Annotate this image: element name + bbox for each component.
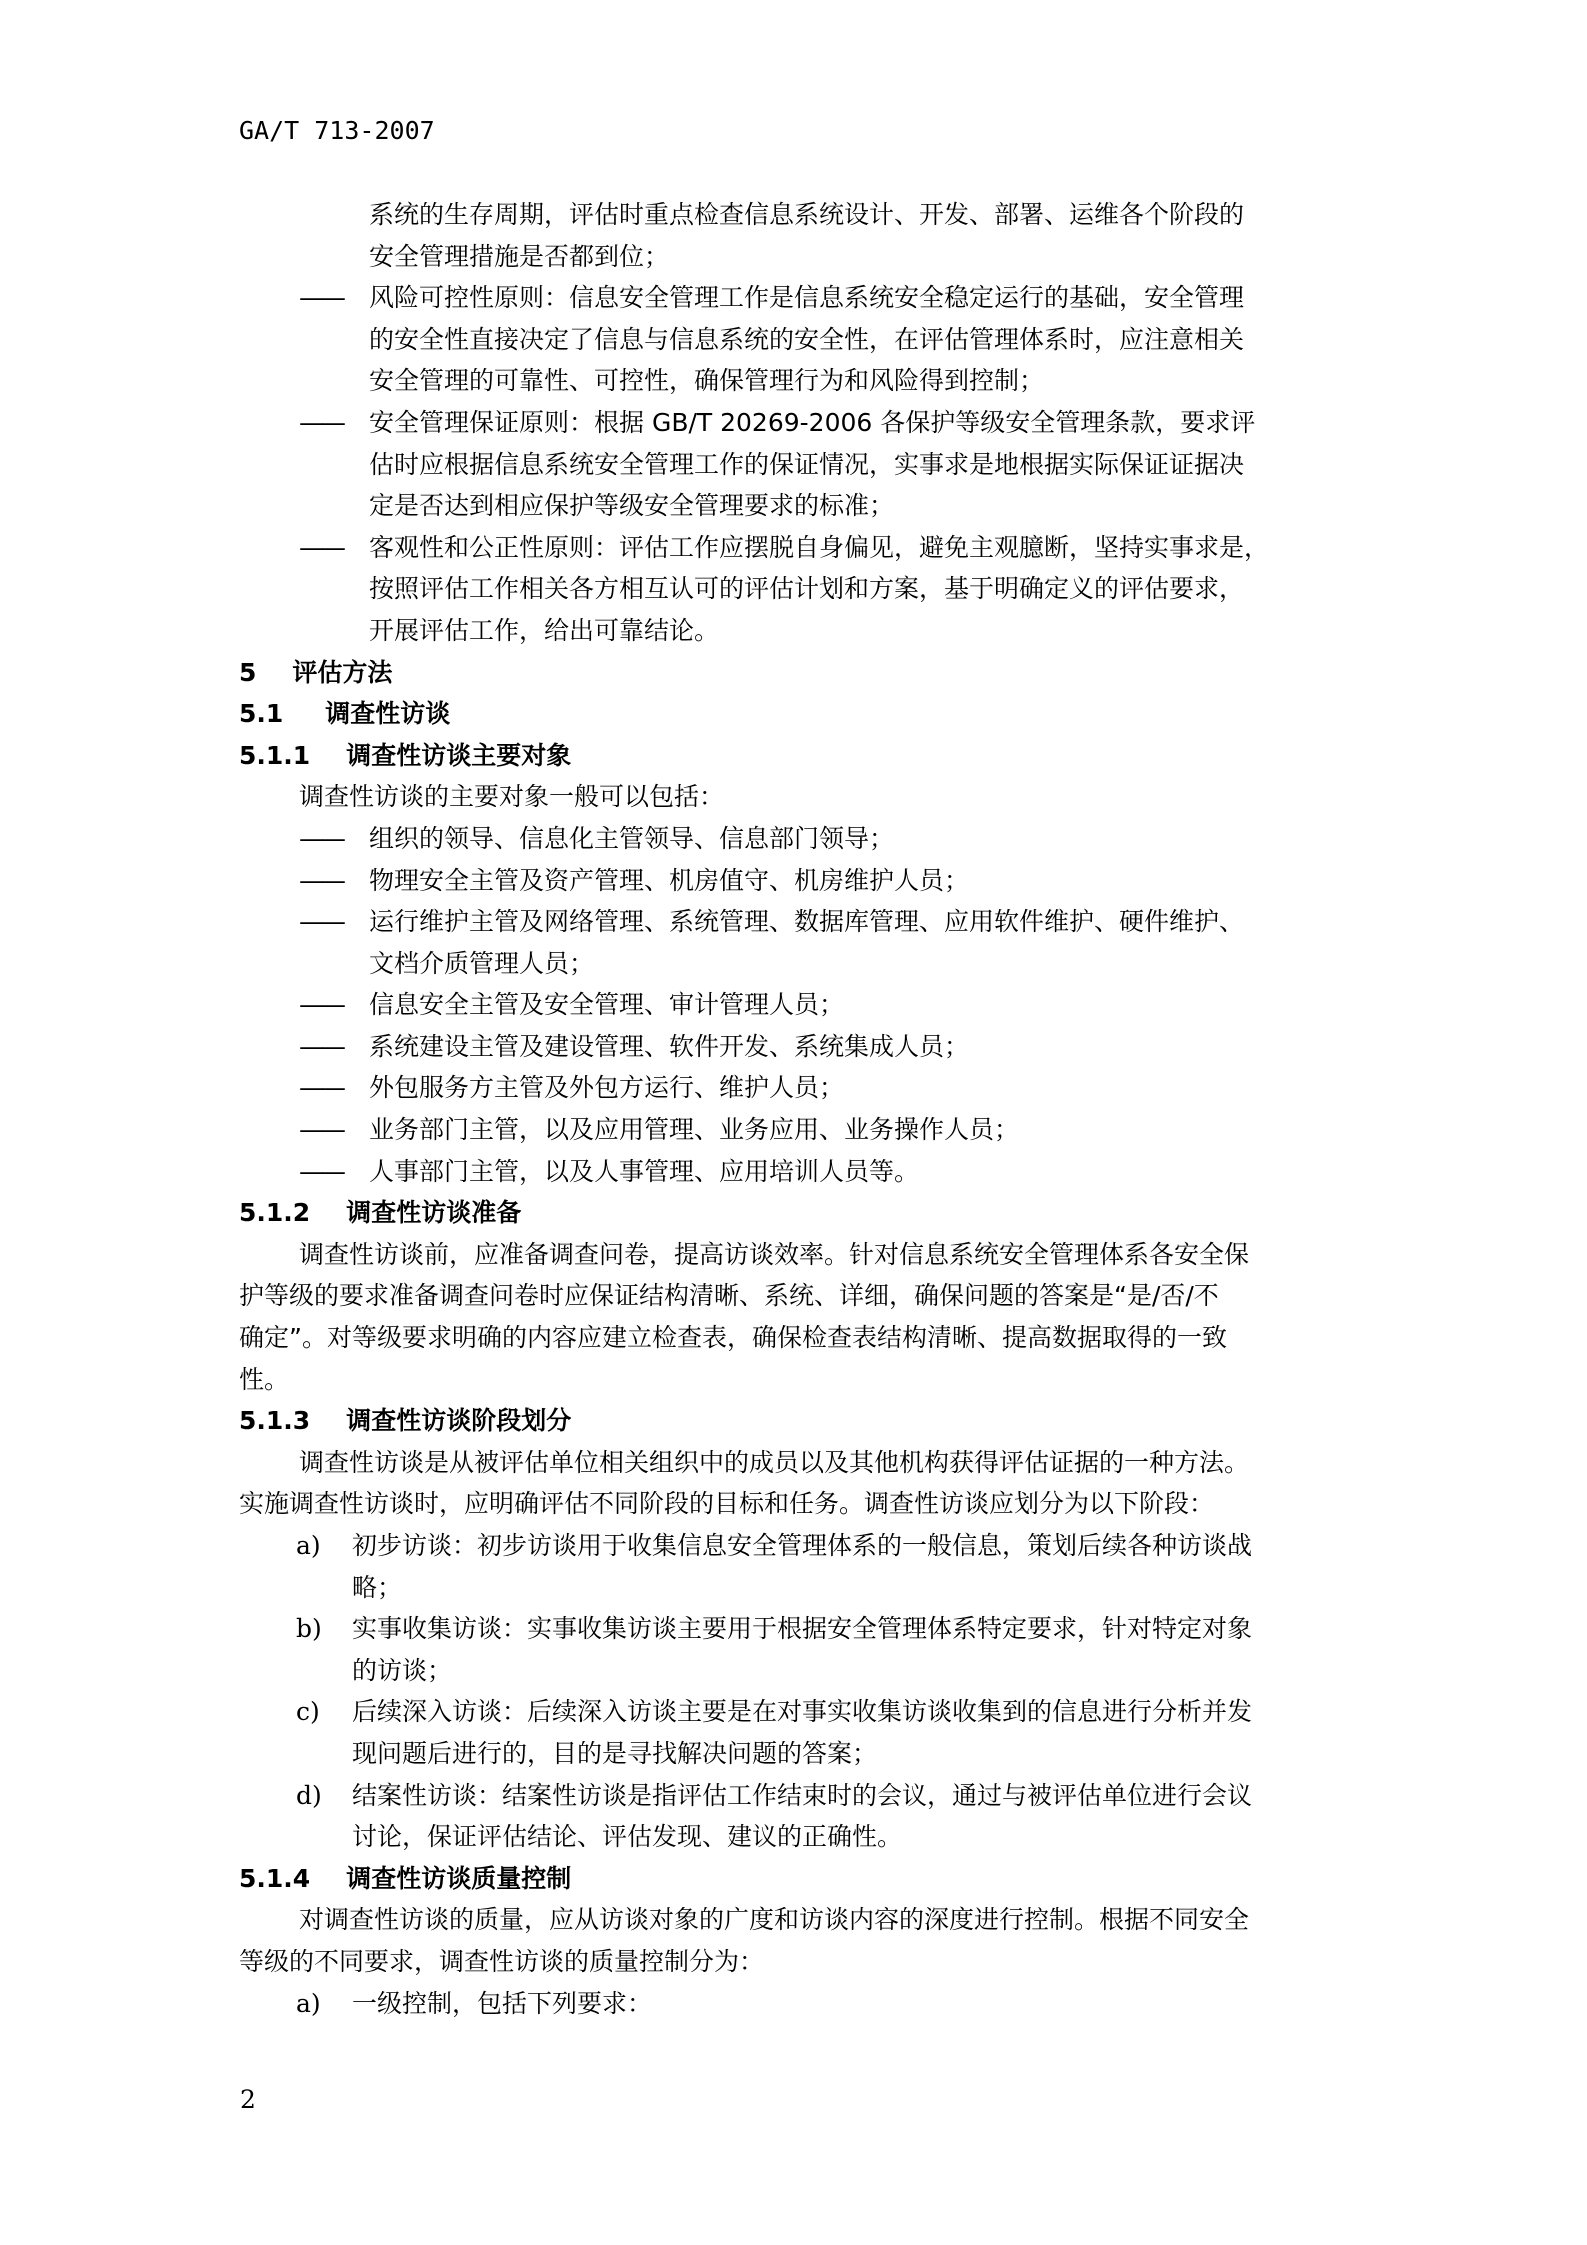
list-item: ——运行维护主管及网络管理、系统管理、数据库管理、应用软件维护、硬件维护、 — [239, 901, 1359, 943]
section-heading-5-1: 5.1调查性访谈 — [239, 693, 1359, 735]
paragraph-line: 护等级的要求准备调查问卷时应保证结构清晰、系统、详细，确保问题的答案是“是/否/… — [239, 1275, 1359, 1317]
dash-marker: —— — [299, 1109, 369, 1151]
text-line: 的访谈； — [239, 1650, 1359, 1692]
text-line: 系统的生存周期，评估时重点检查信息系统设计、开发、部署、运维各个阶段的 — [239, 194, 1359, 236]
paragraph-line: 调查性访谈是从被评估单位相关组织中的成员以及其他机构获得评估证据的一种方法。 — [239, 1442, 1359, 1484]
list-item-c: c)后续深入访谈：后续深入访谈主要是在对事实收集访谈收集到的信息进行分析并发 — [239, 1691, 1359, 1733]
list-label: a) — [296, 1525, 352, 1567]
section-heading-5-1-2: 5.1.2调查性访谈准备 — [239, 1192, 1359, 1234]
text-line: 安全管理的可靠性、可控性，确保管理行为和风险得到控制； — [239, 360, 1359, 402]
text-line: 略； — [239, 1567, 1359, 1609]
dash-marker: —— — [299, 901, 369, 943]
text-line: 现问题后进行的，目的是寻找解决问题的答案； — [239, 1733, 1359, 1775]
list-item-a: a)一级控制，包括下列要求： — [239, 1983, 1359, 2025]
text-line: 定是否达到相应保护等级安全管理要求的标准； — [239, 485, 1359, 527]
page-number: 2 — [240, 2085, 256, 2114]
text-line: 按照评估工作相关各方相互认可的评估计划和方案，基于明确定义的评估要求， — [239, 568, 1359, 610]
list-item: ——物理安全主管及资产管理、机房值守、机房维护人员； — [239, 860, 1359, 902]
text-line: 估时应根据信息系统安全管理工作的保证情况，实事求是地根据实际保证证据决 — [239, 444, 1359, 486]
section-heading-5-1-1: 5.1.1调查性访谈主要对象 — [239, 735, 1359, 777]
dash-marker: —— — [299, 402, 369, 444]
list-item: ——组织的领导、信息化主管领导、信息部门领导； — [239, 818, 1359, 860]
document-body: 系统的生存周期，评估时重点检查信息系统设计、开发、部署、运维各个阶段的 安全管理… — [239, 194, 1359, 2024]
dash-marker: —— — [299, 527, 369, 569]
dash-marker: —— — [299, 1067, 369, 1109]
text-line: 讨论，保证评估结论、评估发现、建议的正确性。 — [239, 1816, 1359, 1858]
paragraph-line: 性。 — [239, 1359, 1359, 1401]
list-label: d) — [296, 1775, 352, 1817]
text-line: 文档介质管理人员； — [239, 943, 1359, 985]
paragraph-line: 确定”。对等级要求明确的内容应建立检查表，确保检查表结构清晰、提高数据取得的一致 — [239, 1317, 1359, 1359]
paragraph-line: 调查性访谈的主要对象一般可以包括： — [239, 776, 1359, 818]
list-item: ——业务部门主管，以及应用管理、业务应用、业务操作人员； — [239, 1109, 1359, 1151]
paragraph-line: 实施调查性访谈时，应明确评估不同阶段的目标和任务。调查性访谈应划分为以下阶段： — [239, 1483, 1359, 1525]
list-item: ——信息安全主管及安全管理、审计管理人员； — [239, 984, 1359, 1026]
dash-marker: —— — [299, 860, 369, 902]
section-heading-5-1-4: 5.1.4调查性访谈质量控制 — [239, 1858, 1359, 1900]
list-item: ——外包服务方主管及外包方运行、维护人员； — [239, 1067, 1359, 1109]
dash-marker: —— — [299, 984, 369, 1026]
list-item: ——系统建设主管及建设管理、软件开发、系统集成人员； — [239, 1026, 1359, 1068]
list-item-objectivity-principle: ——客观性和公正性原则：评估工作应摆脱自身偏见，避免主观臆断，坚持实事求是， — [239, 527, 1359, 569]
list-item: ——人事部门主管，以及人事管理、应用培训人员等。 — [239, 1151, 1359, 1193]
text-line: 的安全性直接决定了信息与信息系统的安全性，在评估管理体系时，应注意相关 — [239, 319, 1359, 361]
list-item-d: d)结案性访谈：结案性访谈是指评估工作结束时的会议，通过与被评估单位进行会议 — [239, 1775, 1359, 1817]
text-line: 开展评估工作，给出可靠结论。 — [239, 610, 1359, 652]
section-heading-5: 5评估方法 — [239, 652, 1359, 694]
list-label: a) — [296, 1983, 352, 2025]
list-item-b: b)实事收集访谈：实事收集访谈主要用于根据安全管理体系特定要求，针对特定对象 — [239, 1608, 1359, 1650]
standard-code-header: GA/T 713-2007 — [239, 116, 435, 145]
list-item-assurance-principle: ——安全管理保证原则：根据 GB/T 20269-2006 各保护等级安全管理条… — [239, 402, 1359, 444]
list-label: b) — [296, 1608, 352, 1650]
dash-marker: —— — [299, 277, 369, 319]
paragraph-line: 对调查性访谈的质量，应从访谈对象的广度和访谈内容的深度进行控制。根据不同安全 — [239, 1899, 1359, 1941]
list-item-a: a)初步访谈：初步访谈用于收集信息安全管理体系的一般信息，策划后续各种访谈战 — [239, 1525, 1359, 1567]
dash-marker: —— — [299, 1151, 369, 1193]
paragraph-line: 等级的不同要求，调查性访谈的质量控制分为： — [239, 1941, 1359, 1983]
list-label: c) — [296, 1691, 352, 1733]
text-line: 安全管理措施是否都到位； — [239, 236, 1359, 278]
dash-marker: —— — [299, 818, 369, 860]
list-item-risk-principle: ——风险可控性原则：信息安全管理工作是信息系统安全稳定运行的基础，安全管理 — [239, 277, 1359, 319]
section-heading-5-1-3: 5.1.3调查性访谈阶段划分 — [239, 1400, 1359, 1442]
dash-marker: —— — [299, 1026, 369, 1068]
paragraph-line: 调查性访谈前，应准备调查问卷，提高访谈效率。针对信息系统安全管理体系各安全保 — [239, 1234, 1359, 1276]
